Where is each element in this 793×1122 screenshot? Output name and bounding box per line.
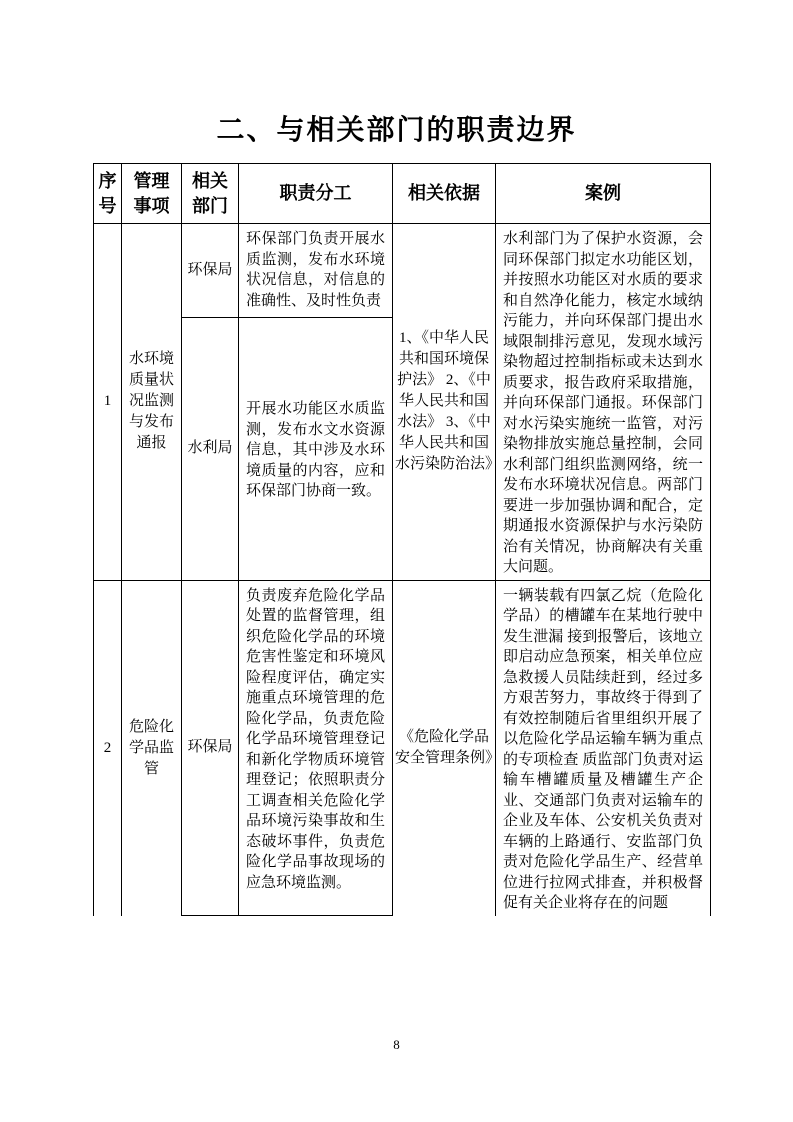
header-duty-division: 职责分工 [239, 164, 393, 224]
cell-row1-duty-epa: 环保部门负责开展水质监测，发布水环境状况信息，对信息的准确性、及时性负责 [239, 224, 393, 318]
table-row-1-sub-1: 1 水环境质量状况监测与发布通报 环保局 环保部门负责开展水质监测，发布水环境状… [94, 224, 711, 318]
cell-row2-department: 环保局 [182, 580, 239, 916]
table-header-row: 序号 管理事项 相关部门 职责分工 相关依据 案例 [94, 164, 711, 224]
cell-row2-case: 一辆装载有四氯乙烷（危险化学品）的槽罐车在某地行驶中发生泄漏 接到报警后，该地立… [496, 580, 711, 916]
page-title: 二、与相关部门的职责边界 [0, 110, 793, 150]
page-number: 8 [0, 1037, 793, 1053]
header-serial-number: 序号 [94, 164, 122, 224]
cell-row1-case: 水利部门为了保护水资源，会同环保部门拟定水功能区划，并按照水功能区对水质的要求和… [496, 224, 711, 581]
header-case: 案例 [496, 164, 711, 224]
cell-row1-duty-water: 开展水功能区水质监测，发布水文水资源信息，其中涉及水环境质量的内容，应和环保部门… [239, 318, 393, 580]
cell-row2-serial: 2 [94, 580, 122, 916]
responsibility-table: 序号 管理事项 相关部门 职责分工 相关依据 案例 1 水环境质量状况监测与发布… [93, 163, 711, 916]
cell-row2-duty: 负责废弃危险化学品处置的监督管理，组织危险化学品的环境危害性鉴定和环境风险程度评… [239, 580, 393, 916]
cell-row1-serial: 1 [94, 224, 122, 581]
document-page: 二、与相关部门的职责边界 序号 管理事项 相关部门 职责分工 相关依据 案例 1… [0, 0, 793, 1122]
header-related-basis: 相关依据 [393, 164, 496, 224]
cell-row2-matter: 危险化学品监管 [122, 580, 182, 916]
table-row-2: 2 危险化学品监管 环保局 负责废弃危险化学品处置的监督管理，组织危险化学品的环… [94, 580, 711, 916]
cell-row1-department-epa: 环保局 [182, 224, 239, 318]
header-related-department: 相关部门 [182, 164, 239, 224]
header-management-matter: 管理事项 [122, 164, 182, 224]
cell-row1-matter: 水环境质量状况监测与发布通报 [122, 224, 182, 581]
cell-row2-basis: 《危险化学品安全管理条例》 [393, 580, 496, 916]
cell-row1-basis: 1、《中华人民共和国环境保护法》 2、《中华人民共和国水法》 3、《中华人民共和… [393, 224, 496, 581]
cell-row1-department-water: 水利局 [182, 318, 239, 580]
